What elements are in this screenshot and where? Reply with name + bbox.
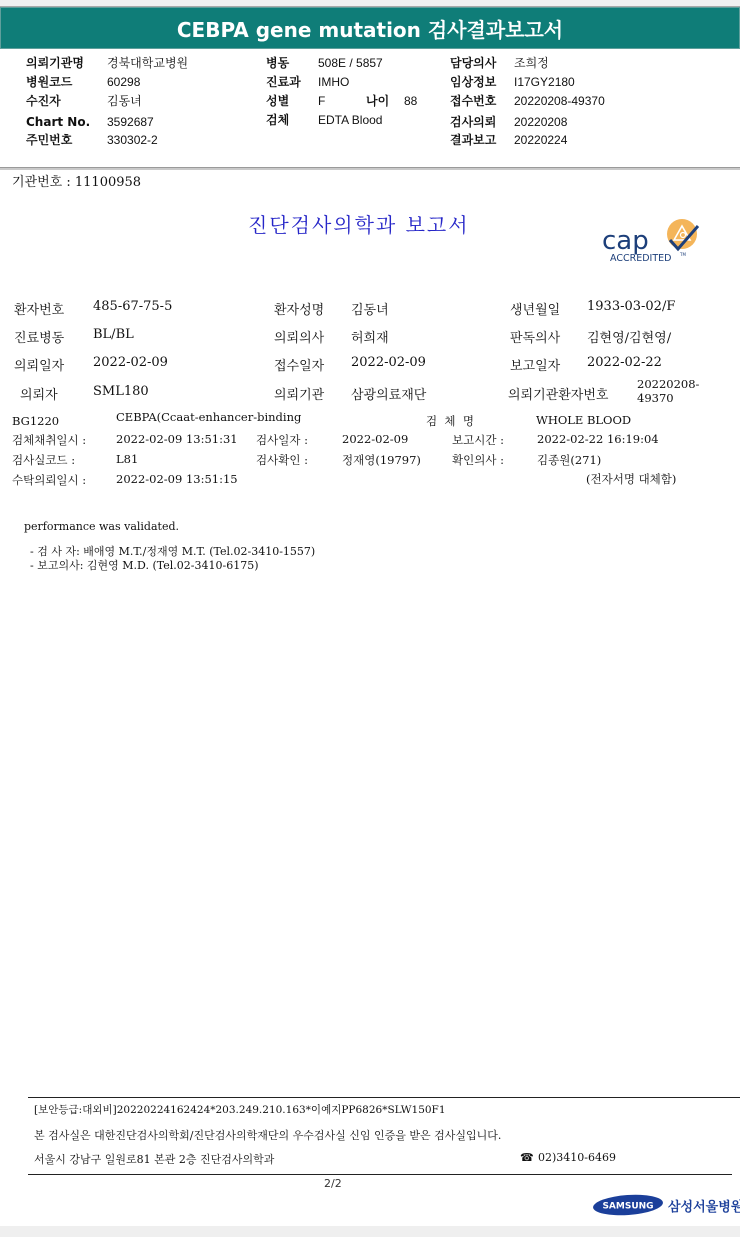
label-lab-code: 검사실코드 : — [12, 452, 75, 468]
value-receipt-date: 2022-02-09 — [351, 355, 426, 370]
samsung-hospital-logo: SAMSUNG 삼성서울병원 — [592, 1193, 732, 1219]
label-confirm-doctor: 확인의사 : — [452, 452, 504, 468]
label-hospital-code: 병원코드 — [26, 73, 72, 92]
label-request-date: 의뢰일자 — [14, 355, 64, 374]
value-birth-date: 1933-03-02/F — [587, 299, 675, 314]
label-report-date: 보고일자 — [510, 355, 560, 374]
svg-text:TM: TM — [679, 252, 686, 257]
value-report-time: 2022-02-22 16:19:04 — [537, 432, 659, 446]
label-birth-date: 생년월일 — [510, 299, 560, 318]
label-report-time: 보고시간 : — [452, 432, 504, 448]
label-resident-no: 주민번호 — [26, 131, 72, 150]
label-clinical-info: 임상정보 — [450, 73, 496, 92]
certification-note: 본 검사실은 대한진단검사의학회/진단검사의학재단의 우수검사실 신임 인증을 … — [34, 1127, 501, 1143]
header-info: 의뢰기관명 경북대학교병원 병원코드 60298 수진자 김동녀 Chart N… — [0, 54, 740, 154]
value-requester: SML180 — [93, 384, 149, 399]
label-reading-doctor: 판독의사 — [510, 327, 560, 346]
security-grade: [보안등급:대외비]20220224162424*203.249.210.163… — [34, 1102, 446, 1117]
value-org-patient-no-cont: 49370 — [637, 391, 674, 405]
value-test-confirm: 정재영(19797) — [342, 452, 421, 468]
value-patient-name: 김동녀 — [351, 299, 389, 318]
label-sex: 성별 — [266, 92, 289, 111]
samsung-ellipse-icon: SAMSUNG — [592, 1193, 664, 1217]
label-patient-no: 환자번호 — [14, 299, 64, 318]
label-test-confirm: 검사확인 : — [256, 452, 308, 468]
value-age: 88 — [404, 92, 417, 111]
label-receipt-date: 접수일자 — [274, 355, 324, 374]
value-ward: BL/BL — [93, 327, 134, 342]
value-patient-no: 485-67-75-5 — [93, 299, 172, 314]
label-age: 나이 — [366, 92, 389, 111]
value-chart-no: 3592687 — [107, 113, 154, 132]
value-request-date: 2022-02-09 — [93, 355, 168, 370]
value-test-date: 2022-02-09 — [342, 432, 408, 446]
value-ward: 508E / 5857 — [318, 54, 383, 73]
value-confirm-doctor: 김종원(271) — [537, 452, 601, 468]
label-requester: 의뢰자 — [20, 384, 58, 403]
label-ward: 병동 — [266, 54, 289, 73]
label-attending-doctor: 담당의사 — [450, 54, 496, 73]
label-result-report: 결과보고 — [450, 131, 496, 150]
label-department: 진료과 — [266, 73, 301, 92]
reporter-info: - 보고의사: 김현영 M.D. (Tel.02-3410-6175) — [30, 557, 258, 573]
report-subtitle: 진단검사의학과 보고서 — [248, 209, 470, 238]
label-collection-time: 검체채취일시 : — [12, 432, 86, 448]
svg-text:cap: cap — [602, 226, 649, 256]
footer-bottom-divider — [28, 1174, 732, 1175]
value-org-patient-no: 20220208- — [637, 377, 699, 391]
phone-number: 02)3410-6469 — [538, 1151, 616, 1164]
value-receipt-no: 20220208-49370 — [514, 92, 605, 111]
label-test-request: 검사의뢰 — [450, 113, 496, 132]
value-requesting-institution: 경북대학교병원 — [107, 54, 188, 73]
phone-icon: ☎ — [520, 1151, 534, 1164]
label-ward: 진료병동 — [14, 327, 64, 346]
cap-accredited-logo: cap ACCREDITED TM — [600, 218, 710, 268]
svg-text:ACCREDITED: ACCREDITED — [610, 253, 671, 264]
top-border — [0, 0, 740, 7]
value-attending-doctor: 조희정 — [514, 54, 549, 73]
value-requesting-org: 삼광의료재단 — [351, 384, 426, 403]
footer-top-divider — [28, 1097, 740, 1098]
value-reading-doctor: 김현영/김현영/ — [587, 327, 671, 346]
value-specimen: EDTA Blood — [318, 111, 382, 130]
label-consign-time: 수탁의뢰일시 : — [12, 472, 86, 488]
test-name: CEBPA(Ccaat-enhancer-binding — [116, 410, 301, 424]
label-referring-doctor: 의뢰의사 — [274, 327, 324, 346]
label-patient-name: 환자성명 — [274, 299, 324, 318]
label-chart-no: Chart No. — [26, 113, 90, 132]
value-result-report: 20220224 — [514, 131, 567, 150]
value-department: IMHO — [318, 73, 349, 92]
value-report-date: 2022-02-22 — [587, 355, 662, 370]
value-consign-time: 2022-02-09 13:51:15 — [116, 472, 238, 486]
value-clinical-info: I17GY2180 — [514, 73, 575, 92]
value-lab-code: L81 — [116, 452, 138, 466]
value-referring-doctor: 허희재 — [351, 327, 389, 346]
value-test-request: 20220208 — [514, 113, 567, 132]
value-patient: 김동녀 — [107, 92, 142, 111]
label-org-patient-no: 의뢰기관환자번호 — [508, 384, 608, 403]
institution-number: 기관번호 : 11100958 — [12, 171, 141, 190]
bottom-strip — [0, 1226, 740, 1237]
value-resident-no: 330302-2 — [107, 131, 158, 150]
cap-logo-icon: cap ACCREDITED TM — [600, 218, 710, 268]
value-specimen-name: WHOLE BLOOD — [536, 413, 631, 427]
hospital-name: 삼성서울병원 — [668, 1196, 740, 1215]
value-sex: F — [318, 92, 325, 111]
label-patient: 수진자 — [26, 92, 61, 111]
label-receipt-no: 접수번호 — [450, 92, 496, 111]
label-specimen-name: 검 체 명 — [426, 413, 474, 429]
value-collection-time: 2022-02-09 13:51:31 — [116, 432, 238, 446]
label-requesting-institution: 의뢰기관명 — [26, 54, 84, 73]
header-divider — [0, 167, 740, 170]
report-title: CEBPA gene mutation 검사결과보고서 — [0, 7, 740, 49]
label-requesting-org: 의뢰기관 — [274, 384, 324, 403]
address: 서울시 강남구 일원로81 본관 2층 진단검사의학과 — [34, 1151, 274, 1167]
validation-note: performance was validated. — [24, 520, 179, 533]
label-test-date: 검사일자 : — [256, 432, 308, 448]
value-hospital-code: 60298 — [107, 73, 140, 92]
label-specimen: 검체 — [266, 111, 289, 130]
svg-text:SAMSUNG: SAMSUNG — [602, 1202, 653, 1212]
page-number: 2/2 — [324, 1177, 342, 1190]
test-code: BG1220 — [12, 414, 59, 428]
electronic-signature-note: (전자서명 대체함) — [586, 471, 676, 487]
